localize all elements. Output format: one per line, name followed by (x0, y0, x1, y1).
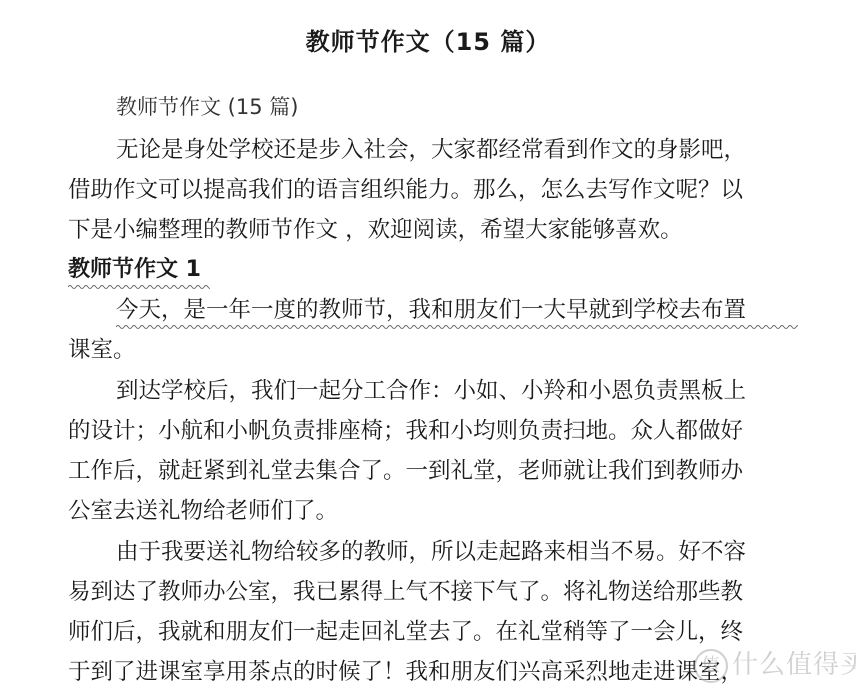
intro-line-2: 借助作文可以提高我们的语言组织能力。那么，怎么去写作文呢？以 (68, 175, 743, 205)
paragraph2-line-3: 工作后，就赶紧到礼堂去集合了。一到礼堂，老师就让我们到教师办 (68, 456, 743, 486)
paragraph3-line-3: 师们后，我就和朋友们一起走回礼堂去了。在礼堂稍等了一会儿，终 (68, 617, 743, 647)
spellcheck-squiggle (68, 284, 210, 290)
watermark-logo-icon: 值 (694, 649, 728, 683)
paragraph2-line-4: 公室去送礼物给老师们了。 (68, 496, 338, 526)
paragraph1-line-1: 今天，是一年一度的教师节，我和朋友们一大早就到学校去布置 (116, 295, 746, 325)
paragraph2-line-1: 到达学校后，我们一起分工合作：小如、小羚和小恩负责黑板上 (116, 376, 746, 406)
paragraph3-line-1: 由于我要送礼物给较多的教师，所以走起路来相当不易。好不容 (116, 537, 746, 567)
section-heading: 教师节作文 1 (68, 255, 201, 285)
intro-line-3: 下是小编整理的教师节作文 ，欢迎阅读，希望大家能够喜欢。 (68, 215, 683, 245)
paragraph3-line-2: 易到达了教师办公室，我已累得上气不接下气了。将礼物送给那些教 (68, 577, 743, 607)
paragraph3-line-4: 于到了进课室享用茶点的时候了！我和朋友们兴高采烈地走进课室， (68, 657, 743, 687)
watermark-text: 什么值得买 (732, 650, 856, 680)
watermark: 值什么值得买 (694, 644, 856, 683)
document-subtitle: 教师节作文 (15 篇) (116, 92, 298, 122)
paragraph1-line-2: 课室。 (68, 335, 136, 365)
spellcheck-squiggle (116, 324, 798, 330)
document-title: 教师节作文（15 篇） (0, 22, 856, 57)
paragraph2-line-2: 的设计；小航和小帆负责排座椅；我和小均则负责扫地。众人都做好 (68, 416, 743, 446)
intro-line-1: 无论是身处学校还是步入社会，大家都经常看到作文的身影吧， (116, 135, 746, 165)
document-page: 教师节作文（15 篇） 教师节作文 (15 篇) 无论是身处学校还是步入社会，大… (0, 0, 856, 689)
